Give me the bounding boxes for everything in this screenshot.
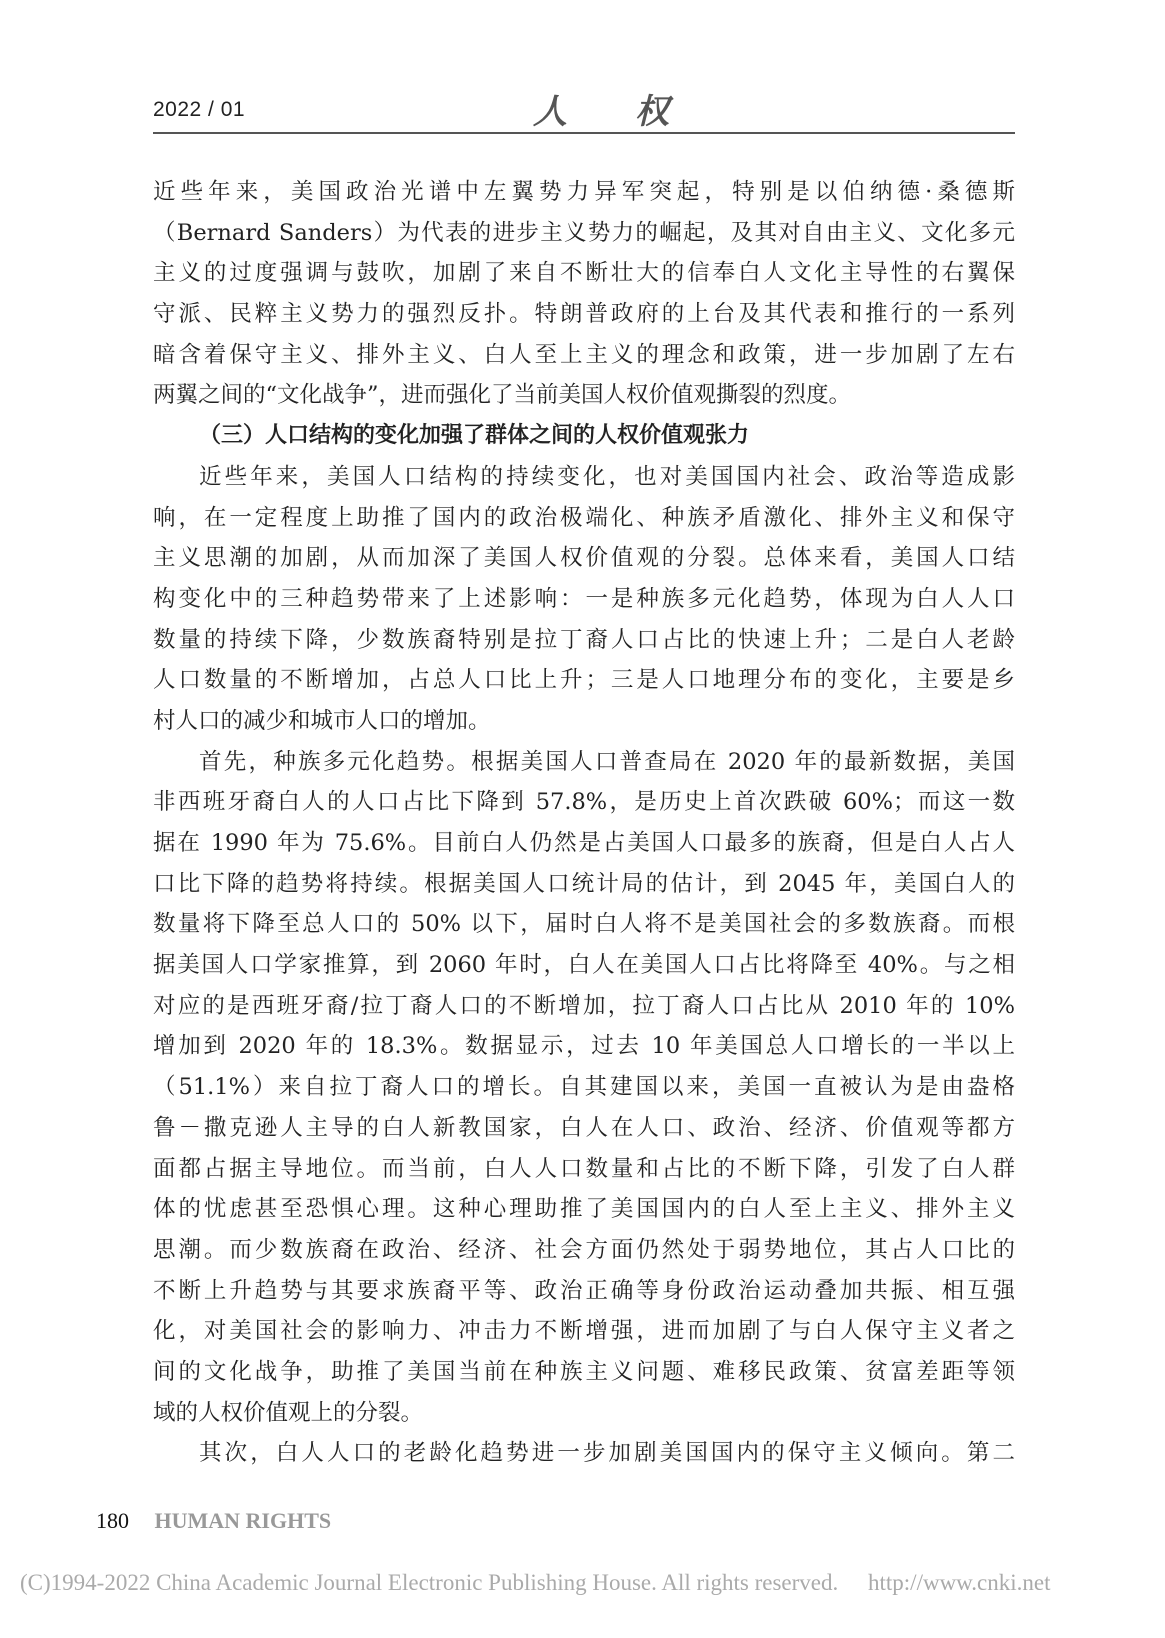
- journal-title: 人 权: [533, 84, 697, 133]
- text-line: 增加到 2020 年的 18.3%。数据显示，过去 10 年美国总人口增长的一半…: [153, 1026, 1015, 1067]
- text-line: 域的人权价值观上的分裂。: [153, 1393, 1015, 1434]
- text-line: 口比下降的趋势将持续。根据美国人口统计局的估计，到 2045 年，美国白人的: [153, 864, 1015, 905]
- text-line: 人口数量的不断增加，占总人口比上升；三是人口地理分布的变化，主要是乡: [153, 660, 1015, 701]
- text-line: 主义的过度强调与鼓吹，加剧了来自不断壮大的信奉白人文化主导性的右翼保: [153, 253, 1015, 294]
- text-line: 主义思潮的加剧，从而加深了美国人权价值观的分裂。总体来看，美国人口结: [153, 538, 1015, 579]
- text-line: （51.1%）来自拉丁裔人口的增长。自其建国以来，美国一直被认为是由盎格: [153, 1067, 1015, 1108]
- text-line: 首先，种族多元化趋势。根据美国人口普查局在 2020 年的最新数据，美国: [153, 742, 1015, 783]
- section-heading: （三）人口结构的变化加强了群体之间的人权价值观张力: [153, 416, 1015, 457]
- text-line: 数量将下降至总人口的 50% 以下，届时白人将不是美国社会的多数族裔。而根: [153, 904, 1015, 945]
- page-footer: 180 HUMAN RIGHTS: [96, 1508, 331, 1534]
- text-line: 暗含着保守主义、排外主义、白人至上主义的理念和政策，进一步加剧了左右: [153, 335, 1015, 376]
- text-line: 村人口的减少和城市人口的增加。: [153, 701, 1015, 742]
- text-line: 近些年来，美国人口结构的持续变化，也对美国国内社会、政治等造成影: [153, 457, 1015, 498]
- text-line: 响，在一定程度上助推了国内的政治极端化、种族矛盾激化、排外主义和保守: [153, 498, 1015, 539]
- text-line: 非西班牙裔白人的人口占比下降到 57.8%，是历史上首次跌破 60%；而这一数: [153, 782, 1015, 823]
- document-page: 2022 / 01 人 权 近些年来，美国政治光谱中左翼势力异军突起，特别是以伯…: [0, 0, 1165, 1638]
- issue-number: 2022 / 01: [153, 98, 245, 122]
- copyright-text: (C)1994-2022 China Academic Journal Elec…: [20, 1570, 838, 1595]
- text-line: 据在 1990 年为 75.6%。目前白人仍然是占美国人口最多的族裔，但是白人占…: [153, 823, 1015, 864]
- text-line: 体的忧虑甚至恐惧心理。这种心理助推了美国国内的白人至上主义、排外主义: [153, 1189, 1015, 1230]
- text-line: 近些年来，美国政治光谱中左翼势力异军突起，特别是以伯纳德·桑德斯: [153, 172, 1015, 213]
- text-line: 化，对美国社会的影响力、冲击力不断增强，进而加剧了与白人保守主义者之: [153, 1311, 1015, 1352]
- text-line: 面都占据主导地位。而当前，白人人口数量和占比的不断下降，引发了白人群: [153, 1149, 1015, 1190]
- text-line: 对应的是西班牙裔/拉丁裔人口的不断增加，拉丁裔人口占比从 2010 年的 10%: [153, 986, 1015, 1027]
- journal-name-footer: HUMAN RIGHTS: [155, 1508, 332, 1533]
- text-line: 两翼之间的“文化战争”，进而强化了当前美国人权价值观撕裂的烈度。: [153, 375, 1015, 416]
- cnki-url: http://www.cnki.net: [868, 1570, 1050, 1595]
- text-line: 构变化中的三种趋势带来了上述影响：一是种族多元化趋势，体现为白人人口: [153, 579, 1015, 620]
- text-line: 据美国人口学家推算，到 2060 年时，白人在美国人口占比将降至 40%。与之相: [153, 945, 1015, 986]
- text-line: 守派、民粹主义势力的强烈反扑。特朗普政府的上台及其代表和推行的一系列: [153, 294, 1015, 335]
- text-line: 间的文化战争，助推了美国当前在种族主义问题、难移民政策、贫富差距等领: [153, 1352, 1015, 1393]
- text-line: 数量的持续下降，少数族裔特别是拉丁裔人口占比的快速上升；二是白人老龄: [153, 620, 1015, 661]
- running-head: 2022 / 01 人 权: [153, 88, 1015, 134]
- text-line: 其次，白人人口的老龄化趋势进一步加剧美国国内的保守主义倾向。第二: [153, 1433, 1015, 1474]
- text-line: 鲁－撒克逊人主导的白人新教国家，白人在人口、政治、经济、价值观等都方: [153, 1108, 1015, 1149]
- text-line: 不断上升趋势与其要求族裔平等、政治正确等身份政治运动叠加共振、相互强: [153, 1271, 1015, 1312]
- copyright-notice: (C)1994-2022 China Academic Journal Elec…: [20, 1570, 1150, 1596]
- article-body: 近些年来，美国政治光谱中左翼势力异军突起，特别是以伯纳德·桑德斯（Bernard…: [153, 172, 1015, 1474]
- text-line: 思潮。而少数族裔在政治、经济、社会方面仍然处于弱势地位，其占人口比的: [153, 1230, 1015, 1271]
- page-number: 180: [96, 1508, 129, 1533]
- text-line: （Bernard Sanders）为代表的进步主义势力的崛起，及其对自由主义、文…: [153, 213, 1015, 254]
